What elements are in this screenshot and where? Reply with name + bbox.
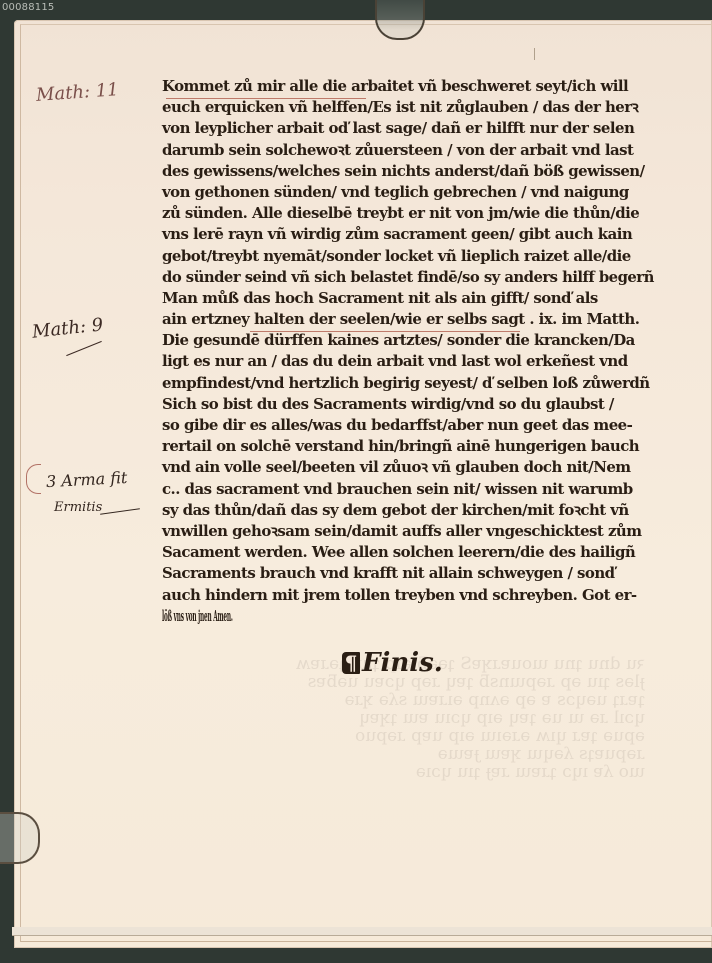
bleed-line: ɹǝpuɐʇs ʎǝɥɯ ʞɐɯ ɟɐɯǝ (165, 745, 645, 763)
text-line: rertail on solchē verstand hin/bringñ ai… (162, 436, 654, 457)
text-line: von leyplicher arbait oď last sage/ dañ … (162, 118, 654, 139)
text-line: empfindest/vnd hertzlich begirig seyest/… (162, 373, 654, 394)
text-line: Die gesundē dürffen kaines artztes/ sond… (162, 330, 654, 351)
marginal-bracket (26, 464, 41, 494)
pilcrow-icon: ¶ (342, 652, 360, 674)
closing-finis: ¶ Finis. (342, 648, 443, 678)
text-line: vnd ain volle seel/beeten vil zůuoꝛ vñ g… (162, 457, 654, 478)
text-line: auch hindern mit jrem tollen treyben vnd… (162, 585, 654, 606)
text-line: Sacraments brauch vnd krafft nit allain … (162, 563, 654, 584)
bleed-through-text: ꝛu dnu ʇnu ɯouɐɹʞɐS ʇǝǝƃ ǝıp ʇıɯ ʇǝɹɐʍ ɟ… (165, 655, 645, 815)
annotation-underline (166, 98, 366, 99)
page-mark (534, 48, 535, 60)
text-line: von gethonen sünden/ vnd teglich gebrech… (162, 182, 654, 203)
text-line: Sacament werden. Wee allen solchen leere… (162, 542, 654, 563)
image-id-label: 00088115 (2, 2, 55, 13)
marginal-note: Ermitis (54, 500, 102, 515)
finis-word: Finis. (362, 648, 443, 678)
annotation-underline (250, 331, 520, 332)
text-line: gebot/treybt nyemāt/sonder locket vñ lie… (162, 246, 654, 267)
text-line: sy das thůn/dañ das sy dem gebot der kir… (162, 500, 654, 521)
text-line: so gibe dir es alles/was du bedarffst/ab… (162, 415, 654, 436)
text-line: Kommet zů mir alle die arbaitet vñ besch… (162, 76, 654, 97)
text-line: löß vns von jnen Amen. (162, 606, 352, 627)
text-line: des gewissens/welches sein nichts anders… (162, 161, 654, 182)
text-line: ligt es nur an / das du dein arbait vnd … (162, 351, 654, 372)
text-line: vns lerē rayn vñ wirdig zům sacrament ge… (162, 224, 654, 245)
paper-clip-left (0, 812, 40, 864)
body-text: Kommet zů mir alle die arbaitet vñ besch… (162, 76, 662, 627)
text-line: do sünder seind vñ sich belastet findē/s… (162, 267, 650, 288)
bleed-line: ɯo ʎɐ ıɥɔ ʇɹɐɯ ɹɐɟ ʇıu ɥɔıǝ (165, 763, 645, 781)
text-line: c.. das sacrament vnd brauchen sein nit/… (162, 479, 654, 500)
bleed-line: ʇɐɹʇ uǝɥɔs ɐ ǝp ǝʌnp ǝıɹɐɯ sʎǝ ʞɹǝ (165, 691, 645, 709)
text-line: euch erquicken vñ helffen/Es ist nit zůg… (162, 97, 654, 118)
page-bottom-edge (12, 927, 712, 936)
text-line: ain ertzney halten der seelen/wie er sel… (162, 309, 654, 330)
text-line: Man můß das hoch Sacrament nit als ain g… (162, 288, 654, 309)
bleed-line: ǝpuǝ ʇɐɹ ɥıʍ ǝɹǝıɯ ǝıp uɐp ɹǝpuo (165, 727, 645, 745)
paper-clip-top (375, 0, 425, 40)
text-line: zů sünden. Alle dieselbē treybt er nit v… (162, 203, 654, 224)
text-line: vnwillen gehoꝛsam sein/damit auffs aller… (162, 521, 654, 542)
text-line: Sich so bist du des Sacraments wirdig/vn… (162, 394, 654, 415)
text-line: darumb sein solchewoꝛt zůuersteen / von … (162, 140, 654, 161)
bleed-line: ɥɔıl ɹǝ ɯ uǝ ʇɐɥ ǝıp ɥɔıu ɐɯ ʇʞɐɥ (165, 709, 645, 727)
